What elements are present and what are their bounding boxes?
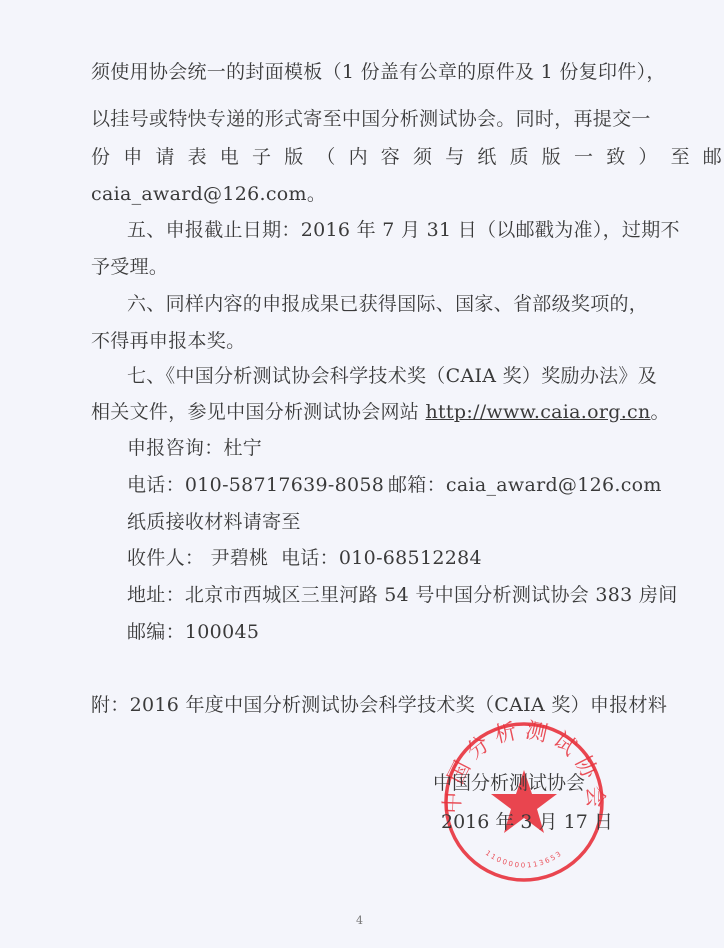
text-line: 相关文件，参见中国分析测试协会网站 http://www.caia.org.cn… (91, 400, 670, 424)
seal-code: 1100000113653 (484, 849, 564, 870)
text-line: 六、同样内容的申报成果已获得国际、国家、省部级奖项的， (127, 292, 648, 316)
recipient-phone: 电话：010-68512284 (281, 546, 482, 570)
text-span: 相关文件，参见中国分析测试协会网站 (91, 401, 425, 423)
text-line: 予受理。 (91, 255, 168, 279)
text-line: caia_award@126.com。 (91, 182, 326, 206)
text-span: 。 (651, 401, 670, 423)
text-line: 须使用协会统一的封面模板（1 份盖有公章的原件及 1 份复印件）， (91, 60, 666, 84)
address: 地址：北京市西城区三里河路 54 号中国分析测试协会 383 房间 (127, 583, 678, 607)
consult-email: 邮箱：caia_award@126.com (388, 473, 662, 497)
consult-contact: 申报咨询：杜宁 (127, 436, 262, 460)
attachment-note: 附：2016 年度中国分析测试协会科学技术奖（CAIA 奖）申报材料 (91, 693, 667, 717)
consult-phone: 电话：010-58717639-8058 (127, 473, 384, 497)
signature-org: 中国分析测试协会 (433, 771, 585, 795)
page-number: 4 (356, 914, 363, 927)
text-line: 五、申报截止日期：2016 年 7 月 31 日（以邮戳为准），过期不 (127, 218, 680, 242)
website-link[interactable]: http://www.caia.org.cn (425, 401, 650, 423)
signature-date: 2016 年 3 月 17 日 (441, 810, 613, 834)
text-line: 不得再申报本奖。 (91, 329, 245, 353)
paper-send-label: 纸质接收材料请寄至 (127, 510, 301, 534)
recipient: 收件人： 尹碧桃 (127, 546, 268, 570)
official-seal-icon: 中国分析测试协会 1100000113653 (440, 718, 608, 886)
svg-text:1100000113653: 1100000113653 (484, 849, 564, 870)
text-line: 七、《中国分析测试协会科学技术奖（CAIA 奖）奖励办法》及 (127, 364, 657, 388)
text-line: 以挂号或特快专递的形式寄至中国分析测试协会。同时，再提交一 (91, 107, 651, 131)
postcode: 邮编：100045 (127, 620, 259, 644)
text-line: 份申请表电子版（内容须与纸质版一致）至邮箱 (91, 145, 724, 169)
